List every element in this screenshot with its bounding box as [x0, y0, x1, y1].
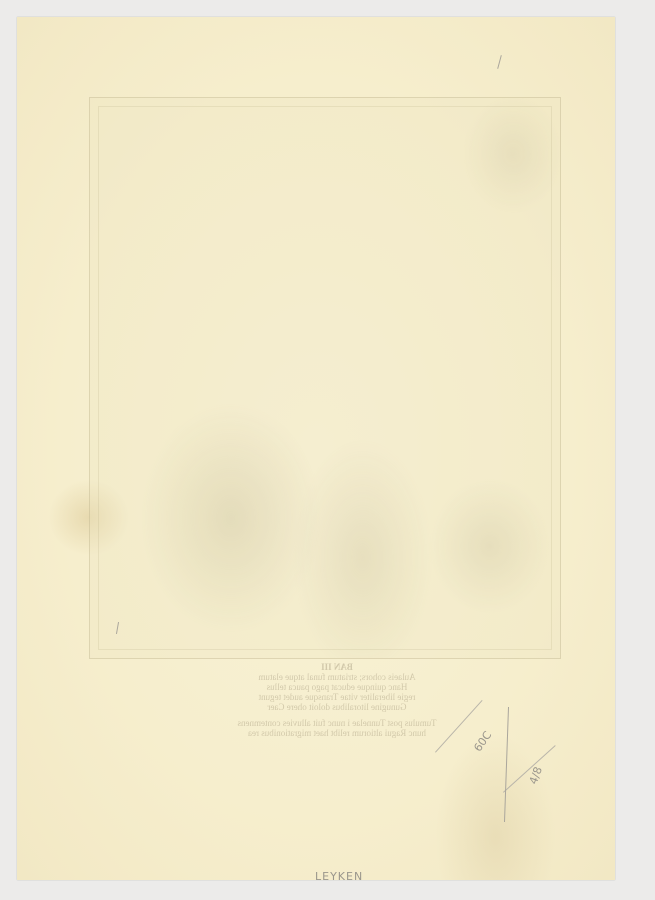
- pencil-name: LEYKEN: [315, 870, 363, 883]
- caption-bleedthrough: BAN III Aulaeis cohors; striatum funal a…: [127, 662, 547, 738]
- caption-line: Hanc quinque educat pago pauca tellus: [127, 682, 547, 692]
- caption-title: BAN III: [127, 662, 547, 672]
- plate-mark: [89, 97, 561, 659]
- pencil-mark: [497, 55, 502, 69]
- caption-line: Tumulus post Tunnelae i nunc fuit alluvi…: [127, 718, 547, 728]
- caption-line: Aulaeis cohors; striatum funal atque ela…: [127, 672, 547, 682]
- caption-line: Gunugine litoralibus doloit ohere Caer: [127, 702, 547, 712]
- caption-line: regie liberaliter vitae Transque audet t…: [127, 692, 547, 702]
- image-border: [98, 106, 552, 650]
- pencil-line: [503, 745, 556, 793]
- paper-sheet: BAN III Aulaeis cohors; striatum funal a…: [17, 17, 615, 880]
